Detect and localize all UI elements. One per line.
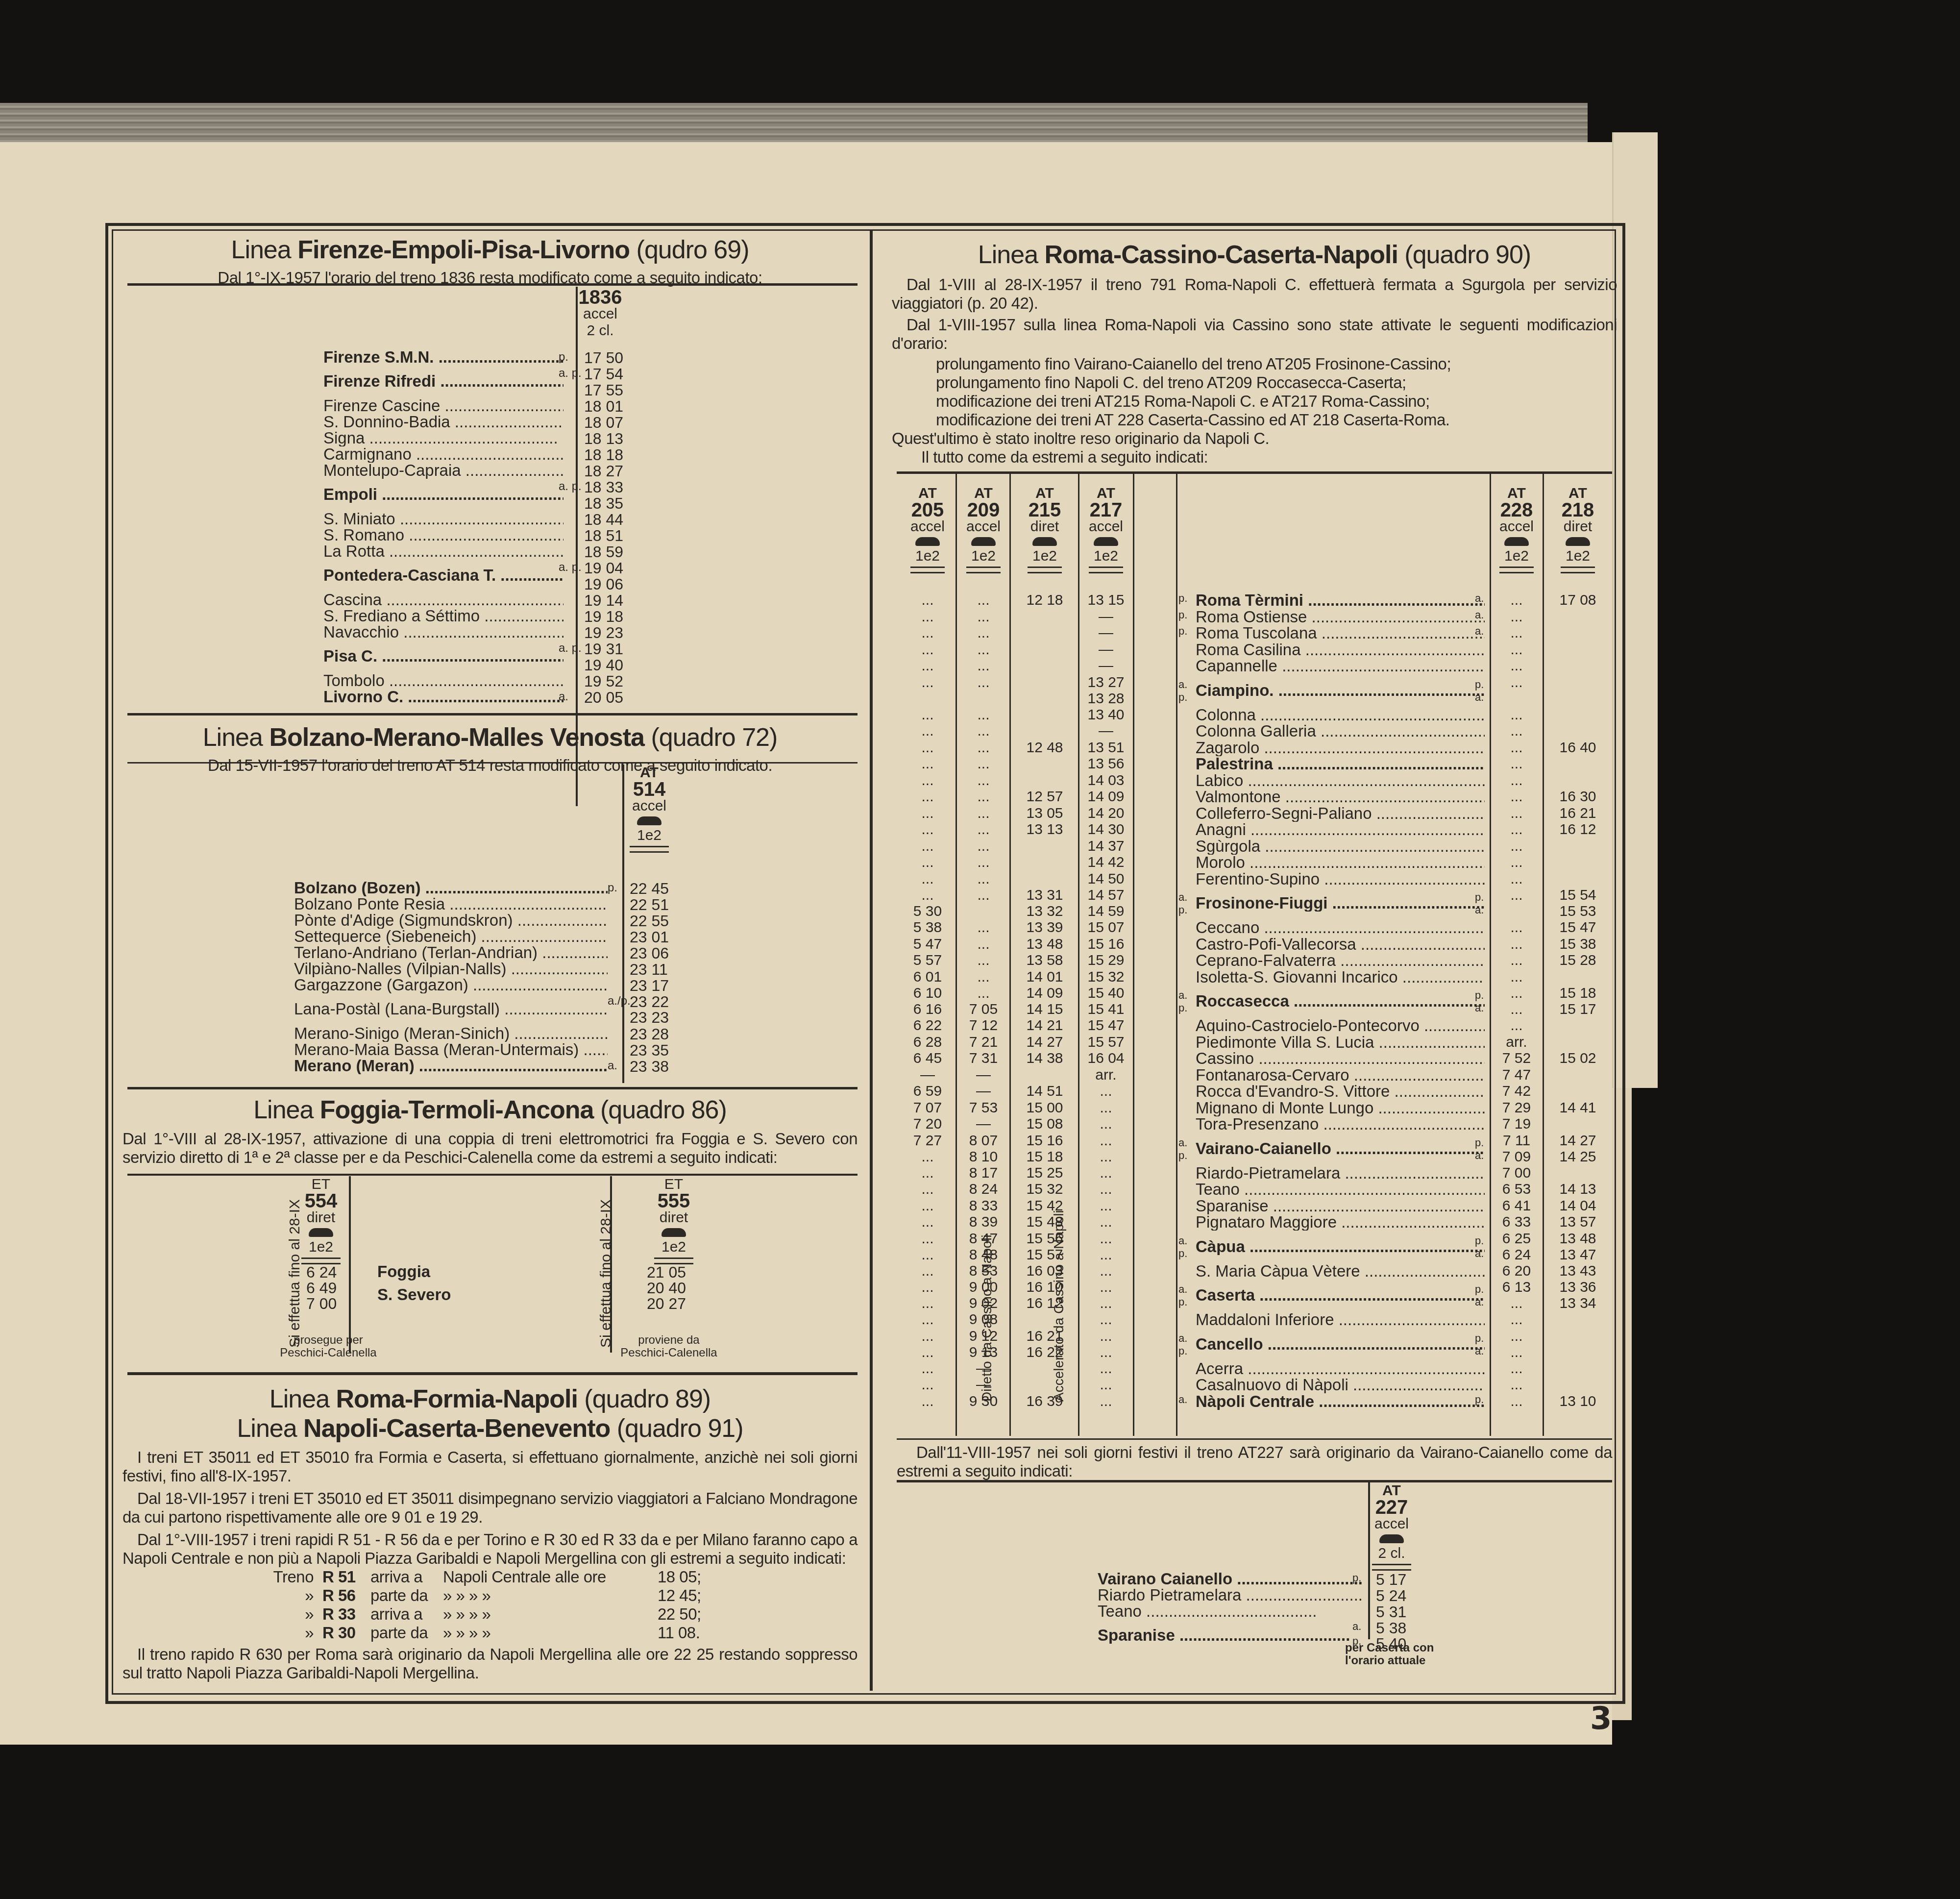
time-cell: ... xyxy=(1079,1279,1133,1296)
time-cell: ... xyxy=(1492,1360,1541,1377)
time-cell: ... xyxy=(1079,1377,1133,1393)
arr-dep-mark-left: a. p. xyxy=(1178,989,1187,1014)
railcar-icon xyxy=(1566,537,1590,546)
para: Dal 18-VII-1957 i treni ET 35010 ed ET 3… xyxy=(122,1489,857,1527)
time-cell: ... xyxy=(1079,1231,1133,1247)
time-cell: ... xyxy=(1492,756,1541,772)
time-cell: 5 47 xyxy=(901,936,955,953)
time-cell: ... xyxy=(1492,1017,1541,1034)
train-header-at215: AT215diret1e2 xyxy=(1010,485,1079,573)
time-cell: — xyxy=(956,1360,1010,1377)
time-cell: 9 08 xyxy=(956,1311,1010,1328)
arr-dep-mark: a. xyxy=(559,689,568,705)
arr-dep-mark-left: a. p. xyxy=(1178,1234,1187,1260)
para: Il treno rapido R 630 per Roma sarà orig… xyxy=(122,1645,857,1682)
station-name: Vilpiàno-Nalles (Vilpian-Nalls) ........… xyxy=(294,961,608,977)
time-cell: ... xyxy=(1492,723,1541,740)
time-cell: 16 40 xyxy=(1543,740,1612,756)
time-cell: 7 00 xyxy=(306,1295,337,1313)
train-type: accel xyxy=(901,518,955,535)
time-cell: ... xyxy=(1492,838,1541,855)
station-name: Castro-Pofi-Vallecorsa .................… xyxy=(1196,936,1485,953)
station-name: Pontedera-Casciana T. ..................… xyxy=(323,567,563,584)
double-rule xyxy=(630,846,669,853)
arr-dep-mark-right: a. xyxy=(1475,592,1484,605)
para: Il tutto come da estremi a seguito indic… xyxy=(892,448,1617,467)
train-class: 1e2 xyxy=(1543,548,1612,565)
time-cell: ... xyxy=(1079,1100,1133,1116)
page-stack-edge xyxy=(0,103,1588,147)
time-cell: — xyxy=(1079,609,1133,625)
arr-dep-mark-left: p. xyxy=(1178,592,1187,605)
time-cell: ... xyxy=(901,740,955,756)
station-name: Anagni .................................… xyxy=(1196,821,1485,838)
time-cell: ... xyxy=(901,674,955,691)
time-cell: — xyxy=(901,1067,955,1084)
time-cell: — xyxy=(1079,625,1133,641)
time-cell: 16 21 xyxy=(1010,1328,1079,1345)
section-title-2: Linea Napoli-Caserta-Benevento (quadro 9… xyxy=(122,1414,857,1443)
double-rule xyxy=(1028,567,1062,573)
train-number: 205 xyxy=(901,502,955,518)
modification-item: modificazione dei treni AT215 Roma-Napol… xyxy=(936,392,1617,411)
time-cell: ... xyxy=(901,756,955,772)
time-cell: ... xyxy=(1492,674,1541,691)
time-cell: — xyxy=(956,1377,1010,1393)
time-cell: ... xyxy=(901,1328,955,1345)
time-cell: 7 12 xyxy=(956,1017,1010,1034)
time-cell: 16 03 xyxy=(1010,1263,1079,1280)
time-cell: ... xyxy=(1079,1198,1133,1214)
railcar-icon xyxy=(661,1228,686,1237)
train-id: R 51 xyxy=(322,1568,362,1586)
time-cell: ... xyxy=(1492,952,1541,969)
section-foggia: Linea Foggia-Termoli-Ancona (quadro 86) … xyxy=(122,1095,857,1167)
time-cell: 20 27 xyxy=(647,1295,686,1313)
time-cell: ... xyxy=(1492,985,1541,1002)
time-cell: ... xyxy=(1492,625,1541,641)
time-cell: ... xyxy=(1079,1083,1133,1100)
time-cell: ... xyxy=(901,1311,955,1328)
time-cell: ... xyxy=(901,592,955,609)
time-cell: 15 28 xyxy=(1543,952,1612,969)
time-cell: 19 23 xyxy=(584,624,623,642)
footnote-555: proviene da Peschici-Calenella xyxy=(615,1334,723,1359)
time-cell: 13 31 xyxy=(1010,887,1079,904)
time-cell: 8 39 xyxy=(956,1214,1010,1231)
time-cell: ... xyxy=(956,658,1010,674)
station-name: Sparanise ..............................… xyxy=(1098,1627,1362,1644)
time-cell: ... xyxy=(901,887,955,904)
column-line xyxy=(349,1176,351,1353)
train-header-1836: 1836 accel 2 cl. xyxy=(578,289,622,339)
time-cell: ... xyxy=(1079,1344,1133,1361)
time-cell: ... xyxy=(901,625,955,641)
station-name: Piedimonte Villa S. Lucia ..............… xyxy=(1196,1034,1485,1051)
station-name: Cascina ................................… xyxy=(323,592,563,608)
section-roma-formia: Linea Roma-Formia-Napoli (quadro 89) Lin… xyxy=(122,1384,857,1682)
column-line xyxy=(1133,473,1134,1436)
section-title: Linea Roma-Cassino-Caserta-Napoli (quadr… xyxy=(892,240,1617,270)
train-number: 218 xyxy=(1543,502,1612,518)
time-cell: 14 21 xyxy=(1010,1017,1079,1034)
station-name: Settequerce (Siebeneich) ...............… xyxy=(294,928,608,945)
time-cell: 16 39 xyxy=(1010,1393,1079,1410)
rapid-train-line: »R 33arriva a» » » »22 50; xyxy=(269,1605,857,1624)
time: 22 50; xyxy=(658,1605,701,1624)
time-cell: arr. xyxy=(1079,1067,1133,1084)
time-cell: ... xyxy=(1079,1295,1133,1312)
time-cell: 18 35 xyxy=(584,494,623,513)
time-cell: 5 17 xyxy=(1376,1571,1406,1589)
station-name: Firenze Cascine ........................… xyxy=(323,397,563,414)
time-cell: 14 09 xyxy=(1010,985,1079,1002)
time-cell: 18 27 xyxy=(584,462,623,480)
arr-dep-mark-right: p. a. xyxy=(1475,891,1484,916)
time-cell: 15 40 xyxy=(1079,985,1133,1002)
train-header-et555: ET 555 diret 1e2 xyxy=(647,1176,701,1264)
column-line xyxy=(610,1176,612,1353)
time-cell: 13 13 xyxy=(1010,821,1079,838)
time-cell: ... xyxy=(1492,1344,1541,1361)
time-cell: 6 28 xyxy=(901,1034,955,1051)
time-cell: 18 33 xyxy=(584,478,623,496)
page-number: 3 xyxy=(1590,1701,1612,1737)
arr-dep-mark: a. p. xyxy=(559,365,582,381)
time-cell: ... xyxy=(956,789,1010,805)
double-rule xyxy=(1561,567,1595,573)
station-foggia: Foggia xyxy=(377,1263,430,1280)
time-cell: 15 32 xyxy=(1010,1181,1079,1198)
time-cell: 19 04 xyxy=(584,559,623,577)
double-rule xyxy=(910,567,945,573)
time-cell: ... xyxy=(1079,1133,1133,1149)
time-cell: 17 08 xyxy=(1543,592,1612,609)
time-cell: ... xyxy=(1079,1311,1133,1328)
double-rule xyxy=(1499,567,1534,573)
station-name: Cancello ...............................… xyxy=(1196,1336,1485,1353)
time-cell: 12 57 xyxy=(1010,789,1079,805)
time-cell: 9 02 xyxy=(956,1295,1010,1312)
time-cell: 15 07 xyxy=(1079,919,1133,936)
station-name: S. Donnino-Badia .......................… xyxy=(323,414,563,430)
at227-footnote: per Caserta con l'orario attuale xyxy=(1345,1642,1443,1667)
time-cell: 18 59 xyxy=(584,543,623,561)
time-cell: ... xyxy=(956,952,1010,969)
time-cell: 13 43 xyxy=(1543,1263,1612,1280)
action: arriva a xyxy=(370,1605,434,1624)
arr-dep-mark: a./p. xyxy=(608,993,631,1010)
station-name: Labico .................................… xyxy=(1196,772,1485,789)
station-name: Montelupo-Capraia ......................… xyxy=(323,462,563,479)
lead: » xyxy=(269,1605,314,1624)
time-cell: 16 21 xyxy=(1543,805,1612,822)
time-cell: ... xyxy=(1492,1393,1541,1410)
time-cell: 15 18 xyxy=(1543,985,1612,1002)
station-name: Capannelle .............................… xyxy=(1196,658,1485,674)
time-cell: ... xyxy=(956,707,1010,723)
time-cell: ... xyxy=(901,1360,955,1377)
station-name: Ciampino. ..............................… xyxy=(1196,682,1485,699)
station-name: Colonna ................................… xyxy=(1196,707,1485,723)
time-cell: 19 18 xyxy=(584,608,623,626)
time-cell: ... xyxy=(901,641,955,658)
time-cell: 13 40 xyxy=(1079,707,1133,723)
time-cell: ... xyxy=(1079,1165,1133,1182)
station-name: S. Frediano a Séttimo ..................… xyxy=(323,608,563,624)
arr-dep-mark-left: a. p. xyxy=(1178,891,1187,916)
time-cell: ... xyxy=(901,658,955,674)
time-cell: 8 33 xyxy=(956,1198,1010,1214)
time-cell: — xyxy=(1079,723,1133,740)
arr-dep-mark: a. p. xyxy=(559,478,582,494)
rapid-train-list: TrenoR 51arriva aNapoli Centrale alle or… xyxy=(269,1568,857,1642)
time-cell: 16 22 xyxy=(1010,1344,1079,1361)
time-cell: 7 05 xyxy=(956,1001,1010,1018)
time-cell: 15 16 xyxy=(1079,936,1133,953)
arr-dep-mark-left: a. p. xyxy=(1178,1136,1187,1162)
arr-dep-mark: a. p. xyxy=(559,640,582,656)
time-cell: ... xyxy=(1079,1328,1133,1345)
time-cell: 18 18 xyxy=(584,446,623,464)
time-cell: ... xyxy=(1492,1295,1541,1312)
station-name: Roma Tèrmini ...........................… xyxy=(1196,592,1485,609)
time-cell: 8 10 xyxy=(956,1149,1010,1165)
time-cell: 15 48 xyxy=(1010,1214,1079,1231)
rule xyxy=(127,713,857,715)
section-title: Linea Bolzano-Merano-Malles Venosta (qua… xyxy=(122,723,857,752)
time-cell: 14 03 xyxy=(1079,772,1133,789)
station-name: Teano ..................................… xyxy=(1196,1181,1485,1198)
time-cell: ... xyxy=(1492,1311,1541,1328)
station-name: Firenze Rifredi ........................… xyxy=(323,373,563,390)
time-cell: ... xyxy=(1079,1214,1133,1231)
train-type: diret xyxy=(1010,518,1079,535)
section-title: Linea Foggia-Termoli-Ancona (quadro 86) xyxy=(122,1095,857,1125)
time-cell: 14 25 xyxy=(1543,1149,1612,1165)
time-cell: 9 12 xyxy=(956,1328,1010,1345)
time-cell: 9 00 xyxy=(956,1279,1010,1296)
time-cell: ... xyxy=(901,1279,955,1296)
time-cell: ... xyxy=(901,1149,955,1165)
arr-dep-mark-left: a. p. xyxy=(1178,1283,1187,1308)
station-name: Nàpoli Centrale ........................… xyxy=(1196,1393,1485,1410)
time-cell: 7 53 xyxy=(956,1100,1010,1116)
time-cell: 17 50 xyxy=(584,349,623,367)
time: 11 08. xyxy=(658,1624,700,1642)
time-cell: 6 59 xyxy=(901,1083,955,1100)
time-cell: 5 57 xyxy=(901,952,955,969)
railcar-icon xyxy=(1032,537,1057,546)
rule xyxy=(127,1087,857,1089)
station-name: Teano ..................................… xyxy=(1098,1603,1362,1620)
time-cell: 15 25 xyxy=(1010,1165,1079,1182)
time-cell: ... xyxy=(956,854,1010,871)
time-cell: ... xyxy=(956,871,1010,888)
train-class: 1e2 xyxy=(956,548,1010,565)
time-cell: ... xyxy=(1492,740,1541,756)
section-note: Dal 15-VII-1957 l'orario del treno AT 51… xyxy=(122,756,857,775)
time-cell: ... xyxy=(1492,707,1541,723)
time-column-line xyxy=(622,765,624,1083)
train-number: 228 xyxy=(1492,502,1541,518)
para: Quest'ultimo è stato inoltre reso origin… xyxy=(892,429,1617,448)
time-cell: 6 41 xyxy=(1492,1198,1541,1214)
time-cell: 13 56 xyxy=(1079,756,1133,772)
time-cell: — xyxy=(1079,641,1133,658)
arr-dep-mark-right: a. xyxy=(1475,609,1484,621)
time-cell: ... xyxy=(1492,1001,1541,1018)
station-name: Vairano-Caianello ......................… xyxy=(1196,1140,1485,1157)
time-cell: 16 30 xyxy=(1543,789,1612,805)
time-cell: 13 10 xyxy=(1543,1393,1612,1410)
time-cell: ... xyxy=(956,641,1010,658)
time-cell: 13 36 xyxy=(1543,1279,1612,1296)
time-cell: ... xyxy=(956,805,1010,822)
time-cell: 14 20 xyxy=(1079,805,1133,822)
section-note: Dal 1°-VIII al 28-IX-1957, attivazione d… xyxy=(122,1130,857,1167)
time-cell: ... xyxy=(901,871,955,888)
time-cell: 7 47 xyxy=(1492,1067,1541,1084)
arr-dep-mark-right: p. a. xyxy=(1475,1234,1484,1260)
station-name: S. Maria Càpua Vètere ..................… xyxy=(1196,1263,1485,1280)
time-cell: 6 10 xyxy=(901,985,955,1002)
station-name: Morolo .................................… xyxy=(1196,854,1485,871)
station-name: Gargazzone (Gargazon) ..................… xyxy=(294,977,608,993)
time-cell: 12 18 xyxy=(1010,592,1079,609)
train-header-at217: AT217accel1e2 xyxy=(1079,485,1133,573)
time-cell: 15 41 xyxy=(1079,1001,1133,1018)
time-cell: 15 57 xyxy=(1010,1247,1079,1263)
arr-dep-mark-right: p. a. xyxy=(1475,1283,1484,1308)
rule xyxy=(127,1174,857,1176)
time-cell: 14 13 xyxy=(1543,1181,1612,1198)
train-type: diret xyxy=(1543,518,1612,535)
time-cell: ... xyxy=(956,821,1010,838)
time-cell: 16 10 xyxy=(1010,1279,1079,1296)
time-cell: 19 06 xyxy=(584,575,623,593)
time-cell: 14 51 xyxy=(1010,1083,1079,1100)
column-line xyxy=(1176,473,1177,1436)
time-cell: ... xyxy=(1492,821,1541,838)
station-name: Sparanise ..............................… xyxy=(1196,1198,1485,1214)
arr-dep-mark-right: p. xyxy=(1475,1393,1484,1406)
time-cell: 5 30 xyxy=(901,903,955,920)
column-line xyxy=(1490,473,1491,1436)
time-cell: ... xyxy=(901,1344,955,1361)
section-title: Linea Firenze-Empoli-Pisa-Livorno (qudro… xyxy=(122,235,857,265)
time-cell: 6 24 xyxy=(1492,1247,1541,1263)
time-cell: 17 54 xyxy=(584,365,623,383)
time-cell: — xyxy=(956,1116,1010,1133)
action: arriva a xyxy=(370,1568,434,1586)
station-name: Lana-Postàl (Lana-Burgstall) ...........… xyxy=(294,1001,608,1017)
time-cell: 8 47 xyxy=(956,1231,1010,1247)
station-s-severo: S. Severo xyxy=(377,1286,451,1303)
station-name: Rocca d'Evandro-S. Vittore .............… xyxy=(1196,1083,1485,1100)
time-cell: ... xyxy=(1492,658,1541,674)
time-cell: 22 51 xyxy=(630,896,669,914)
time-cell: ... xyxy=(956,674,1010,691)
time-cell: ... xyxy=(956,723,1010,740)
time-cell: ... xyxy=(901,723,955,740)
time-cell: 23 28 xyxy=(630,1025,669,1043)
station-name: Càpua ..................................… xyxy=(1196,1238,1485,1255)
time-cell: 16 04 xyxy=(1079,1050,1133,1067)
train-header-at514: AT 514 accel 1e2 xyxy=(625,765,674,853)
station-name: Mignano di Monte Lungo .................… xyxy=(1196,1100,1485,1116)
time-cell: ... xyxy=(956,609,1010,625)
station-name: Pignataro Maggiore .....................… xyxy=(1196,1214,1485,1231)
train-id: R 30 xyxy=(322,1624,362,1642)
modification-item: modificazione dei treni AT 228 Caserta-C… xyxy=(936,411,1617,429)
train-number: 209 xyxy=(956,502,1010,518)
railcar-icon xyxy=(309,1228,333,1237)
rule xyxy=(897,471,1612,474)
time-cell: 18 44 xyxy=(584,511,623,529)
station-name: Casalnuovo di Nàpoli ...................… xyxy=(1196,1377,1485,1393)
station-name: Riardo-Pietramelara ....................… xyxy=(1196,1165,1485,1182)
para: I treni ET 35011 ed ET 35010 fra Formia … xyxy=(122,1448,857,1485)
time-cell: ... xyxy=(901,1263,955,1280)
train-header-at205: AT205accel1e2 xyxy=(901,485,955,573)
station-name: Bolzano (Bozen) ........................… xyxy=(294,880,608,896)
time-cell: 14 27 xyxy=(1543,1133,1612,1149)
section-bolzano: Linea Bolzano-Merano-Malles Venosta (qua… xyxy=(122,723,857,775)
arr-dep-mark: p. xyxy=(608,880,617,896)
arr-dep-mark-right: a. xyxy=(1475,625,1484,638)
time-cell: ... xyxy=(1079,1393,1133,1410)
station-name: Pònte d'Adige (Sigmundskron) ...........… xyxy=(294,912,608,929)
time-cell: 14 15 xyxy=(1010,1001,1079,1018)
train-type: accel xyxy=(1079,518,1133,535)
station-name: Tora-Presenzano ........................… xyxy=(1196,1116,1485,1133)
time-cell: 6 25 xyxy=(1492,1231,1541,1247)
action: parte da xyxy=(370,1624,434,1642)
time-cell: 7 29 xyxy=(1492,1100,1541,1116)
time-cell: 7 31 xyxy=(956,1050,1010,1067)
time-cell: 14 30 xyxy=(1079,821,1133,838)
station-name: Fontanarosa-Cervaro ....................… xyxy=(1196,1067,1485,1084)
time-cell: ... xyxy=(956,936,1010,953)
time-cell: — xyxy=(956,1083,1010,1100)
time-cell: ... xyxy=(1492,641,1541,658)
station-name: Roma Ostiense ..........................… xyxy=(1196,609,1485,625)
time-cell: 6 13 xyxy=(1492,1279,1541,1296)
train-id: R 33 xyxy=(322,1605,362,1624)
time-cell: 14 09 xyxy=(1079,789,1133,805)
time-cell: 12 48 xyxy=(1010,740,1079,756)
train-type: accel xyxy=(956,518,1010,535)
place: Napoli Centrale alle ore xyxy=(443,1568,649,1586)
time-cell: ... xyxy=(1492,805,1541,822)
station-name: Aquino-Castrocielo-Pontecorvo ..........… xyxy=(1196,1017,1485,1034)
time-cell: 14 50 xyxy=(1079,871,1133,888)
time-cell: 7 27 xyxy=(901,1133,955,1149)
time-cell: ... xyxy=(1492,887,1541,904)
rule xyxy=(897,1480,1612,1482)
time-cell: ... xyxy=(956,969,1010,986)
station-name: Colonna Galleria .......................… xyxy=(1196,723,1485,740)
station-name: Livorno C. .............................… xyxy=(323,689,563,705)
time-cell: ... xyxy=(901,854,955,871)
time-cell: 7 42 xyxy=(1492,1083,1541,1100)
time-cell: 13 51 xyxy=(1079,740,1133,756)
time-cell: 23 06 xyxy=(630,944,669,962)
station-name: Signa ..................................… xyxy=(323,430,563,446)
train-type: accel xyxy=(1492,518,1541,535)
double-rule xyxy=(966,567,1001,573)
